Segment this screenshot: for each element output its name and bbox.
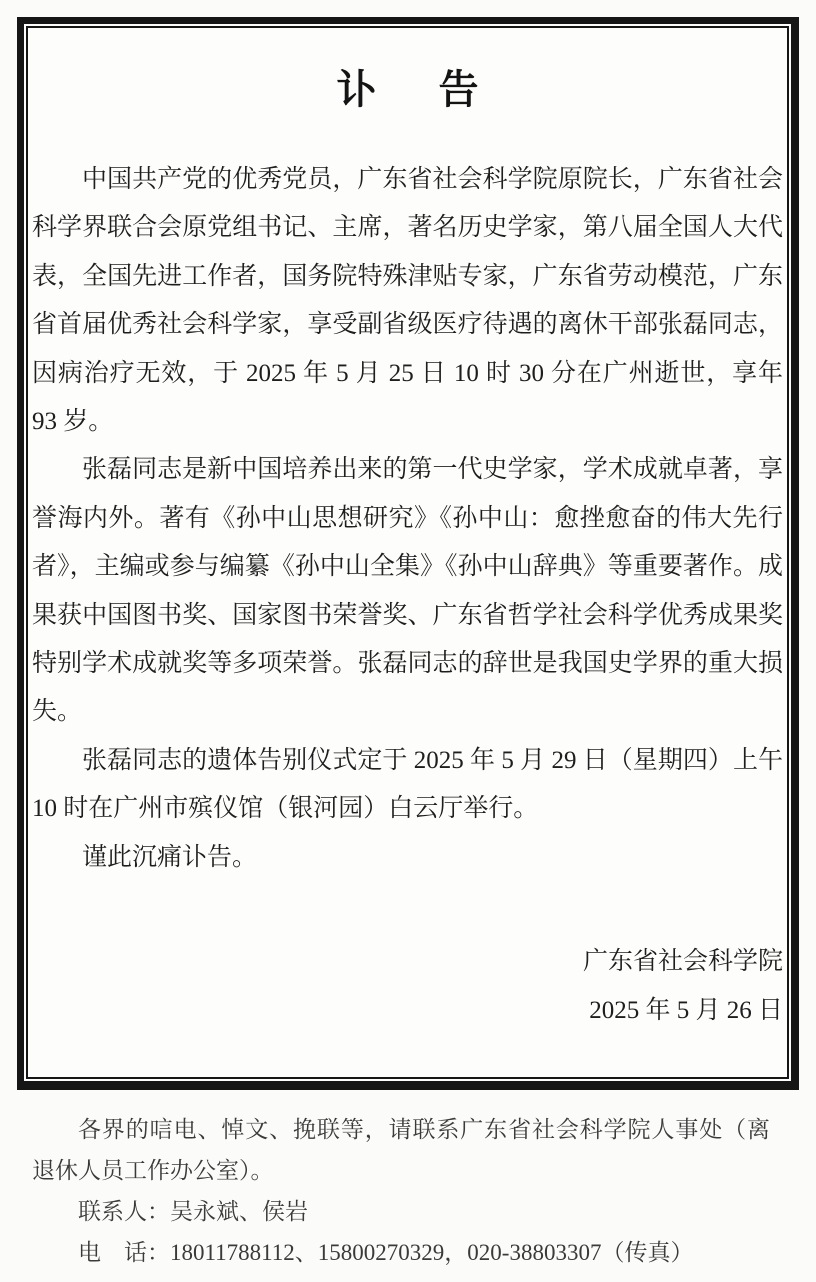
text-line: 谨此沉痛讣告。: [32, 834, 783, 882]
notice-title: 讣 告: [32, 68, 783, 112]
text-line: 果获中国图书奖、国家图书荣誉奖、广东省哲学社会科学优秀成果奖: [32, 592, 783, 640]
obituary-page: 讣 告 中国共产党的优秀党员，广东省社会科学院原院长，广东省社会科学界联合会原党…: [0, 0, 816, 1282]
text-line: 誉海内外。著有《孙中山思想研究》《孙中山：愈挫愈奋的伟大先行: [32, 495, 783, 543]
text-line: 因病治疗无效，于 2025 年 5 月 25 日 10 时 30 分在广州逝世，…: [32, 350, 783, 398]
text-line: 表，全国先进工作者，国务院特殊津贴专家，广东省劳动模范，广东: [32, 253, 783, 301]
paragraph: 联系人：吴永斌、侯岩: [32, 1191, 770, 1232]
text-line: 省首届优秀社会科学家，享受副省级医疗待遇的离休干部张磊同志，: [32, 301, 783, 349]
paragraph: 各界的唁电、悼文、挽联等，请联系广东省社会科学院人事处（离退休人员工作办公室）。: [32, 1109, 770, 1191]
text-line: 93 岁。: [32, 398, 783, 446]
text-line: 10 时在广州市殡仪馆（银河园）白云厅举行。: [32, 785, 783, 833]
text-line: 张磊同志的遗体告别仪式定于 2025 年 5 月 29 日（星期四）上午: [32, 737, 783, 785]
paragraph: 谨此沉痛讣告。: [32, 834, 783, 882]
signature-date: 2025 年 5 月 26 日: [32, 987, 783, 1035]
contact-section: 各界的唁电、悼文、挽联等，请联系广东省社会科学院人事处（离退休人员工作办公室）。…: [32, 1109, 770, 1273]
text-line: 中国共产党的优秀党员，广东省社会科学院原院长，广东省社会: [32, 156, 783, 204]
paragraph: 张磊同志是新中国培养出来的第一代史学家，学术成就卓著，享誉海内外。著有《孙中山思…: [32, 446, 783, 736]
signature-block: 广东省社会科学院 2025 年 5 月 26 日: [32, 938, 783, 1035]
text-line: 张磊同志是新中国培养出来的第一代史学家，学术成就卓著，享: [32, 446, 783, 494]
notice-frame-inner: 讣 告 中国共产党的优秀党员，广东省社会科学院原院长，广东省社会科学界联合会原党…: [26, 26, 789, 1079]
text-line: 失。: [32, 688, 783, 736]
signature-organization: 广东省社会科学院: [32, 938, 783, 986]
paragraph: 电 话：18011788112、15800270329，020-38803307…: [32, 1232, 770, 1273]
text-line: 者》，主编或参与编纂《孙中山全集》《孙中山辞典》等重要著作。成: [32, 543, 783, 591]
paragraph: 中国共产党的优秀党员，广东省社会科学院原院长，广东省社会科学界联合会原党组书记、…: [32, 156, 783, 446]
notice-frame: 讣 告 中国共产党的优秀党员，广东省社会科学院原院长，广东省社会科学界联合会原党…: [17, 17, 799, 1090]
notice-content: 讣 告 中国共产党的优秀党员，广东省社会科学院原院长，广东省社会科学界联合会原党…: [28, 28, 787, 1077]
text-line: 科学界联合会原党组书记、主席，著名历史学家，第八届全国人大代: [32, 204, 783, 252]
notice-body: 中国共产党的优秀党员，广东省社会科学院原院长，广东省社会科学界联合会原党组书记、…: [32, 156, 783, 882]
text-line: 联系人：吴永斌、侯岩: [32, 1191, 770, 1232]
text-line: 特别学术成就奖等多项荣誉。张磊同志的辞世是我国史学界的重大损: [32, 640, 783, 688]
paragraph: 张磊同志的遗体告别仪式定于 2025 年 5 月 29 日（星期四）上午10 时…: [32, 737, 783, 834]
text-line: 退休人员工作办公室）。: [32, 1150, 770, 1191]
text-line: 各界的唁电、悼文、挽联等，请联系广东省社会科学院人事处（离: [32, 1109, 770, 1150]
text-line: 电 话：18011788112、15800270329，020-38803307…: [32, 1232, 770, 1273]
